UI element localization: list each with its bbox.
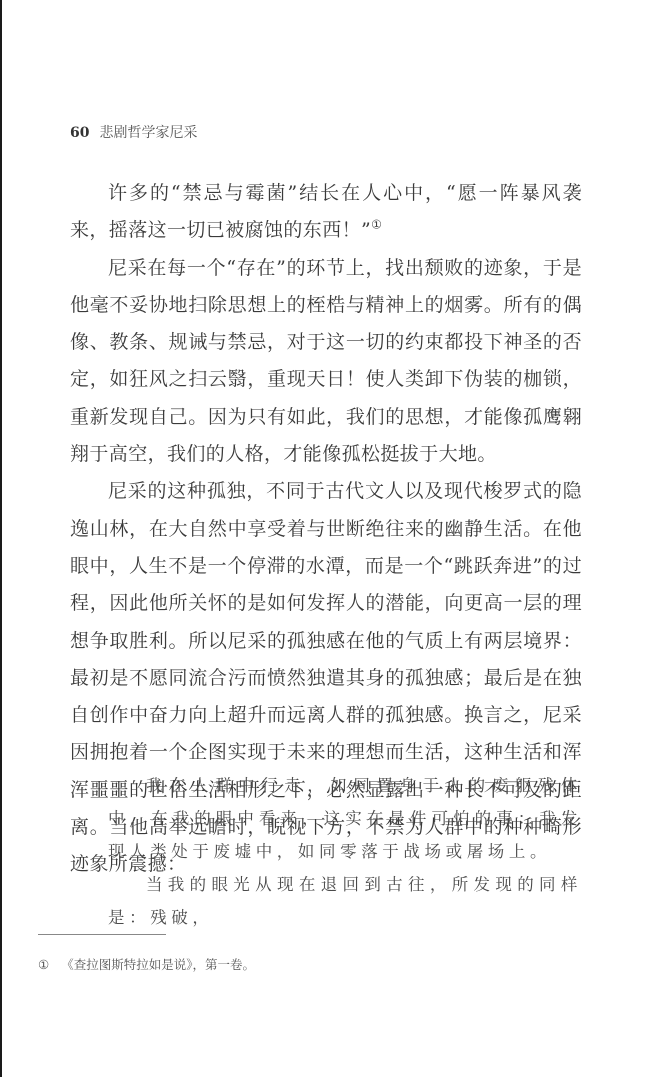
running-head: 60悲剧哲学家尼采 [70, 122, 197, 142]
page-edge-line [0, 0, 2, 1077]
footnote-text: 《查拉图斯特拉如是说》，第一卷。 [61, 957, 255, 972]
paragraph: 尼采在每一个“存在”的环节上，找出颓败的迹象，于是他毫不妥协地扫除思想上的桎梏与… [70, 250, 582, 474]
footnote: ①《查拉图斯特拉如是说》，第一卷。 [38, 955, 255, 973]
book-title: 悲剧哲学家尼采 [99, 125, 197, 141]
paragraph: 许多的“禁忌与霉菌”结长在人心中，“愿一阵暴风袭来，摇落这一切已被腐蚀的东西！”… [70, 175, 582, 250]
paragraph-text: 许多的“禁忌与霉菌”结长在人心中，“愿一阵暴风袭来，摇落这一切已被腐蚀的东西！” [70, 182, 582, 241]
quote-paragraph: 我在人群中行走，如同置身于人的废躯残体中，在我的眼中看来，这实在是件可怕的事：我… [108, 769, 582, 868]
footnote-divider [38, 934, 166, 935]
footnote-reference[interactable]: ① [371, 218, 382, 232]
footnote-mark: ① [38, 957, 49, 972]
page-number: 60 [70, 125, 89, 141]
quote-paragraph: 当我的眼光从现在退回到古往，所发现的同样是：残破， [108, 868, 582, 934]
paragraph-text: 尼采在每一个“存在”的环节上，找出颓败的迹象，于是他毫不妥协地扫除思想上的桎梏与… [70, 257, 582, 465]
block-quote: 我在人群中行走，如同置身于人的废躯残体中，在我的眼中看来，这实在是件可怕的事：我… [108, 769, 582, 934]
